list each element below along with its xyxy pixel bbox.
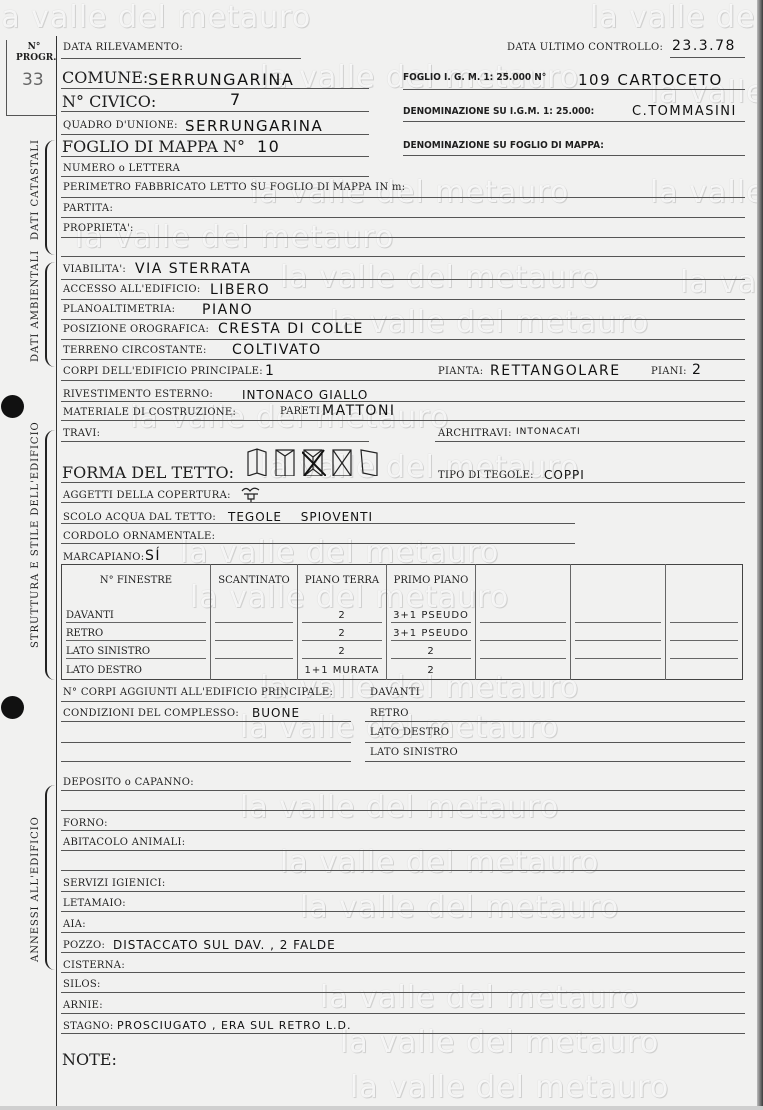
silos-field[interactable]	[61, 992, 745, 993]
rivestimento-value[interactable]: INTONACO GIALLO	[242, 388, 368, 402]
aia-field[interactable]	[61, 932, 745, 933]
cell-text: 2	[302, 628, 382, 641]
data-ultimo-controllo-label: DATA ULTIMO CONTROLLO:	[507, 42, 663, 53]
watermark: la valle del metauro	[300, 890, 619, 925]
progr-number: 33	[22, 70, 44, 90]
survey-form: la valle del metauro la valle del metaur…	[0, 0, 763, 1110]
watermark: la valle del metauro	[330, 305, 649, 340]
brace-ambientali	[45, 262, 57, 367]
proprieta-label: PROPRIETA':	[63, 223, 134, 234]
marcapiano-label: MARCAPIANO:	[63, 552, 144, 563]
cell-scantinato[interactable]	[211, 643, 298, 661]
rule	[435, 441, 745, 442]
progr-label: N° PROGR.	[16, 42, 52, 64]
cordolo-label: CORDOLO ORNAMENTALE:	[63, 531, 215, 542]
progr-label-line2: PROGR.	[16, 53, 52, 64]
perimetro-label: PERIMETRO FABBRICATO LETTO SU FOGLIO DI …	[63, 182, 405, 193]
brace-struttura	[45, 430, 57, 680]
watermark: la valle del metauro	[0, 0, 311, 35]
rule	[61, 380, 745, 381]
pianta-value[interactable]: RETTANGOLARE	[490, 363, 621, 379]
civico-value[interactable]: 7	[230, 90, 242, 109]
watermark: la valle del metauro	[320, 980, 639, 1015]
viabilita-label: VIABILITA':	[63, 264, 126, 275]
cell-primo-piano[interactable]: 3+1 PSEUDO	[387, 607, 476, 625]
cell-text	[215, 610, 293, 623]
numero-field[interactable]	[61, 176, 369, 177]
corpi-davanti-label: DAVANTI	[370, 687, 420, 698]
row-label-text: DAVANTI	[66, 610, 206, 623]
cell-primo-piano[interactable]: 2	[387, 661, 476, 680]
cell-empty[interactable]	[476, 661, 571, 680]
rule	[61, 134, 369, 135]
partita-label: PARTITA:	[63, 203, 113, 214]
rule	[61, 339, 745, 340]
roof-half-hip-icon[interactable]	[274, 448, 296, 476]
travi-label: TRAVI:	[63, 428, 100, 439]
rule	[61, 299, 745, 300]
foglio-mappa-value[interactable]: 10	[257, 137, 280, 156]
rule	[403, 121, 745, 122]
materiale-sub-label: PARETI	[280, 406, 320, 417]
servizi-field[interactable]	[61, 891, 745, 892]
cell-text: 2	[427, 665, 434, 676]
cell-piano-terra[interactable]: 1+1 MURATA	[298, 661, 387, 680]
rivestimento-label: RIVESTIMENTO ESTERNO:	[63, 389, 213, 400]
proprieta-field[interactable]	[61, 237, 745, 238]
rule	[61, 523, 575, 524]
row-label: DAVANTI	[62, 607, 211, 625]
arnie-label: ARNIE:	[63, 1000, 103, 1011]
watermark: la valle del metauro	[240, 790, 559, 825]
cell-scantinato[interactable]	[211, 625, 298, 643]
rule	[61, 742, 351, 743]
materiale-label: MATERIALE DI COSTRUZIONE:	[63, 407, 236, 418]
table-row: LATO SINISTRO 2 2	[62, 643, 743, 661]
rule	[61, 88, 369, 89]
letamaio-label: LETAMAIO:	[63, 898, 126, 909]
partita-field[interactable]	[61, 217, 745, 218]
data-rilevamento-label: DATA RILEVAMENTO:	[63, 42, 183, 53]
page-edge	[0, 1106, 763, 1110]
denom-mappa-field[interactable]	[403, 155, 745, 156]
table-row: LATO DESTRO 1+1 MURATA 2	[62, 661, 743, 680]
row-label-text: LATO DESTRO	[66, 665, 142, 676]
piani-value[interactable]: 2	[692, 362, 702, 378]
data-ultimo-controllo-value[interactable]: 23.3.78	[672, 38, 736, 54]
windows-table: N° FINESTRE SCANTINATO PIANO TERRA PRIMO…	[61, 564, 743, 680]
aggetti-label: AGGETTI DELLA COPERTURA:	[63, 490, 231, 501]
deposito-label: DEPOSITO o CAPANNO:	[63, 777, 194, 788]
col-header: PIANO TERRA	[298, 565, 387, 608]
rule	[61, 952, 745, 953]
cell-text: 2	[302, 610, 382, 623]
tegole-value[interactable]: COPPI	[544, 468, 585, 482]
accesso-value[interactable]: LIBERO	[210, 282, 270, 298]
rule	[365, 742, 745, 743]
cell-empty[interactable]	[666, 607, 743, 625]
posizione-value[interactable]: CRESTA DI COLLE	[218, 321, 364, 337]
watermark: la valle del metauro	[280, 260, 599, 295]
rule	[403, 89, 745, 90]
note-label: NOTE:	[62, 1050, 117, 1069]
watermark: la valle del metauro	[350, 1070, 669, 1105]
forma-tetto-label: FORMA DEL TETTO:	[62, 463, 234, 482]
row-label: LATO SINISTRO	[62, 643, 211, 661]
brace-annessi	[45, 785, 57, 970]
quadro-label: QUADRO D'UNIONE:	[63, 120, 178, 131]
denom-igm-value[interactable]: C.TOMMASINI	[632, 104, 737, 119]
brace-catastali	[45, 140, 57, 255]
foglio-mappa-label: FOGLIO DI MAPPA N°	[62, 137, 245, 156]
cell-text	[215, 628, 293, 641]
forno-label: FORNO:	[63, 818, 108, 829]
side-label-catastali: DATI CATASTALI	[30, 139, 41, 240]
rule	[61, 870, 745, 871]
deposito-field[interactable]	[61, 790, 745, 791]
cell-empty[interactable]	[571, 607, 666, 625]
rule	[61, 279, 745, 280]
rule	[61, 319, 745, 320]
abitacolo-label: ABITACOLO ANIMALI:	[63, 837, 185, 848]
rule	[61, 359, 745, 360]
watermark: la valle del metauro	[340, 1025, 659, 1060]
arnie-field[interactable]	[61, 1013, 745, 1014]
comune-value[interactable]: SERRUNGARINA	[148, 70, 294, 89]
civico-label: N° CIVICO:	[62, 92, 156, 111]
cell-text	[215, 646, 293, 659]
pozzo-value[interactable]: DISTACCATO SUL DAV. , 2 FALDE	[113, 938, 336, 952]
col-header	[476, 565, 571, 608]
row-label-text: LATO SINISTRO	[66, 646, 206, 659]
tegole-label: TIPO DI TEGOLE:	[438, 470, 534, 481]
rule	[61, 441, 369, 442]
cell-scantinato[interactable]	[211, 607, 298, 625]
roof-hip-selected-icon[interactable]	[302, 448, 326, 476]
cell-text: 3+1 PSEUDO	[391, 610, 471, 623]
forno-field[interactable]	[61, 830, 745, 831]
corpi-lato-destro-label: LATO DESTRO	[370, 727, 449, 738]
watermark: la valle del metauro	[590, 0, 763, 35]
rule	[61, 420, 745, 421]
cell-text: 2	[302, 646, 382, 659]
corpi-label: CORPI DELL'EDIFICIO PRINCIPALE:	[63, 366, 263, 377]
row-label-text: RETRO	[66, 628, 206, 641]
scolo-value[interactable]: TEGOLE SPIOVENTI	[228, 510, 373, 524]
watermark: la valle del metauro	[650, 175, 763, 210]
plano-value[interactable]: PIANO	[202, 302, 253, 318]
pozzo-label: POZZO:	[63, 940, 105, 951]
progr-label-line1: N°	[16, 42, 52, 53]
rule	[365, 721, 745, 722]
cell-primo-piano[interactable]: 3+1 PSEUDO	[387, 625, 476, 643]
cell-empty[interactable]	[571, 661, 666, 680]
rule	[61, 1033, 745, 1034]
col-header	[571, 565, 666, 608]
architravi-label: ARCHITRAVI:	[438, 428, 512, 439]
cisterna-label: CISTERNA:	[63, 960, 125, 971]
plano-label: PLANOALTIMETRIA:	[63, 304, 175, 315]
rule	[61, 701, 745, 702]
corpi-aggiunti-label: N° CORPI AGGIUNTI ALL'EDIFICIO PRINCIPAL…	[63, 687, 333, 698]
page-edge	[757, 0, 763, 1110]
data-rilevamento-field[interactable]	[61, 58, 301, 59]
table-header-row: N° FINESTRE SCANTINATO PIANO TERRA PRIMO…	[62, 565, 743, 608]
foglio-igm-value[interactable]: 109 CARTOCETO	[578, 71, 723, 89]
cell-empty[interactable]	[666, 661, 743, 680]
cell-empty[interactable]	[476, 643, 571, 661]
cell-piano-terra[interactable]: 2	[298, 643, 387, 661]
row-label: RETRO	[62, 625, 211, 643]
rule	[61, 810, 745, 811]
cell-text: 2	[391, 646, 471, 659]
cell-empty[interactable]	[476, 625, 571, 643]
perimetro-field[interactable]	[61, 197, 745, 198]
rule	[61, 482, 745, 483]
foglio-igm-label: FOGLIO I. G. M. 1: 25.000 N°	[403, 72, 546, 83]
pianta-label: PIANTA:	[438, 366, 483, 377]
corpi-lato-sinistro-label: LATO SINISTRO	[370, 747, 458, 758]
table-row: DAVANTI 2 3+1 PSEUDO	[62, 607, 743, 625]
abitacolo-field[interactable]	[61, 850, 745, 851]
denom-igm-label: DENOMINAZIONE SU I.G.M. 1: 25.000:	[403, 106, 594, 117]
letamaio-field[interactable]	[61, 911, 745, 912]
stagno-label: STAGNO:	[63, 1021, 114, 1032]
materiale-value[interactable]: MATTONI	[322, 403, 396, 419]
side-label-struttura: STRUTTURA E STILE DELL'EDIFICIO	[30, 421, 41, 648]
col-header: SCANTINATO	[211, 565, 298, 608]
row-label: LATO DESTRO	[62, 661, 211, 680]
cell-text: 1+1 MURATA	[304, 665, 379, 676]
cell-text: 3+1 PSEUDO	[391, 628, 471, 641]
aia-label: AIA:	[63, 919, 86, 930]
quadro-value[interactable]: SERRUNGARINA	[185, 117, 323, 135]
cisterna-field[interactable]	[61, 972, 745, 973]
cell-piano-terra[interactable]: 2	[298, 625, 387, 643]
roof-gable-icon[interactable]	[246, 448, 268, 476]
terreno-label: TERRENO CIRCOSTANTE:	[63, 345, 207, 356]
silos-label: SILOS:	[63, 979, 101, 990]
accesso-label: ACCESSO ALL'EDIFICIO:	[63, 284, 201, 295]
roof-shed-icon[interactable]	[359, 448, 381, 476]
roof-pavilion-icon[interactable]	[331, 448, 353, 476]
terreno-value[interactable]: COLTIVATO	[232, 342, 322, 358]
side-label-annessi: ANNESSI ALL'EDIFICIO	[30, 816, 41, 962]
punch-hole	[1, 395, 24, 418]
rule	[61, 256, 745, 257]
cell-empty[interactable]	[666, 625, 743, 643]
cell-piano-terra[interactable]: 2	[298, 607, 387, 625]
corpi-retro-label: RETRO	[370, 708, 409, 719]
scolo-label: SCOLO ACQUA DAL TETTO:	[63, 512, 216, 523]
cell-primo-piano[interactable]: 2	[387, 643, 476, 661]
col-header: PRIMO PIANO	[387, 565, 476, 608]
corpi-value[interactable]: 1	[265, 363, 275, 379]
rule	[61, 502, 745, 503]
condizioni-value[interactable]: BUONE	[252, 706, 300, 720]
eave-projection-icon	[240, 486, 262, 502]
posizione-label: POSIZIONE OROGRAFICA:	[63, 324, 209, 335]
punch-hole	[1, 696, 24, 719]
cell-scantinato[interactable]	[211, 661, 298, 680]
comune-label: COMUNE:	[62, 68, 148, 87]
piani-label: PIANI:	[651, 366, 687, 377]
servizi-label: SERVIZI IGIENICI:	[63, 878, 166, 889]
stagno-value[interactable]: PROSCIUGATO , ERA SUL RETRO L.D.	[117, 1019, 352, 1032]
numero-label: NUMERO o LETTERA	[63, 163, 180, 174]
condizioni-label: CONDIZIONI DEL COMPLESSO:	[63, 708, 239, 719]
rule	[670, 57, 745, 58]
denom-mappa-label: DENOMINAZIONE SU FOGLIO DI MAPPA:	[403, 140, 604, 151]
marcapiano-value[interactable]: SÍ	[145, 548, 161, 564]
col-header: N° FINESTRE	[62, 565, 211, 608]
cell-empty[interactable]	[666, 643, 743, 661]
viabilita-value[interactable]: VIA STERRATA	[135, 261, 251, 277]
cordolo-field[interactable]	[61, 543, 575, 544]
rule	[61, 156, 369, 157]
cell-empty[interactable]	[476, 607, 571, 625]
rule	[61, 721, 351, 722]
cell-empty[interactable]	[571, 625, 666, 643]
watermark: la valle del metauro	[680, 265, 763, 300]
rule	[365, 761, 745, 762]
side-label-ambientali: DATI AMBIENTALI	[30, 250, 41, 362]
architravi-value[interactable]: INTONACATI	[516, 427, 581, 437]
rule	[61, 111, 369, 112]
table-row: RETRO 2 3+1 PSEUDO	[62, 625, 743, 643]
rule	[61, 761, 351, 762]
cell-empty[interactable]	[571, 643, 666, 661]
rule	[61, 401, 745, 402]
col-header	[666, 565, 743, 608]
